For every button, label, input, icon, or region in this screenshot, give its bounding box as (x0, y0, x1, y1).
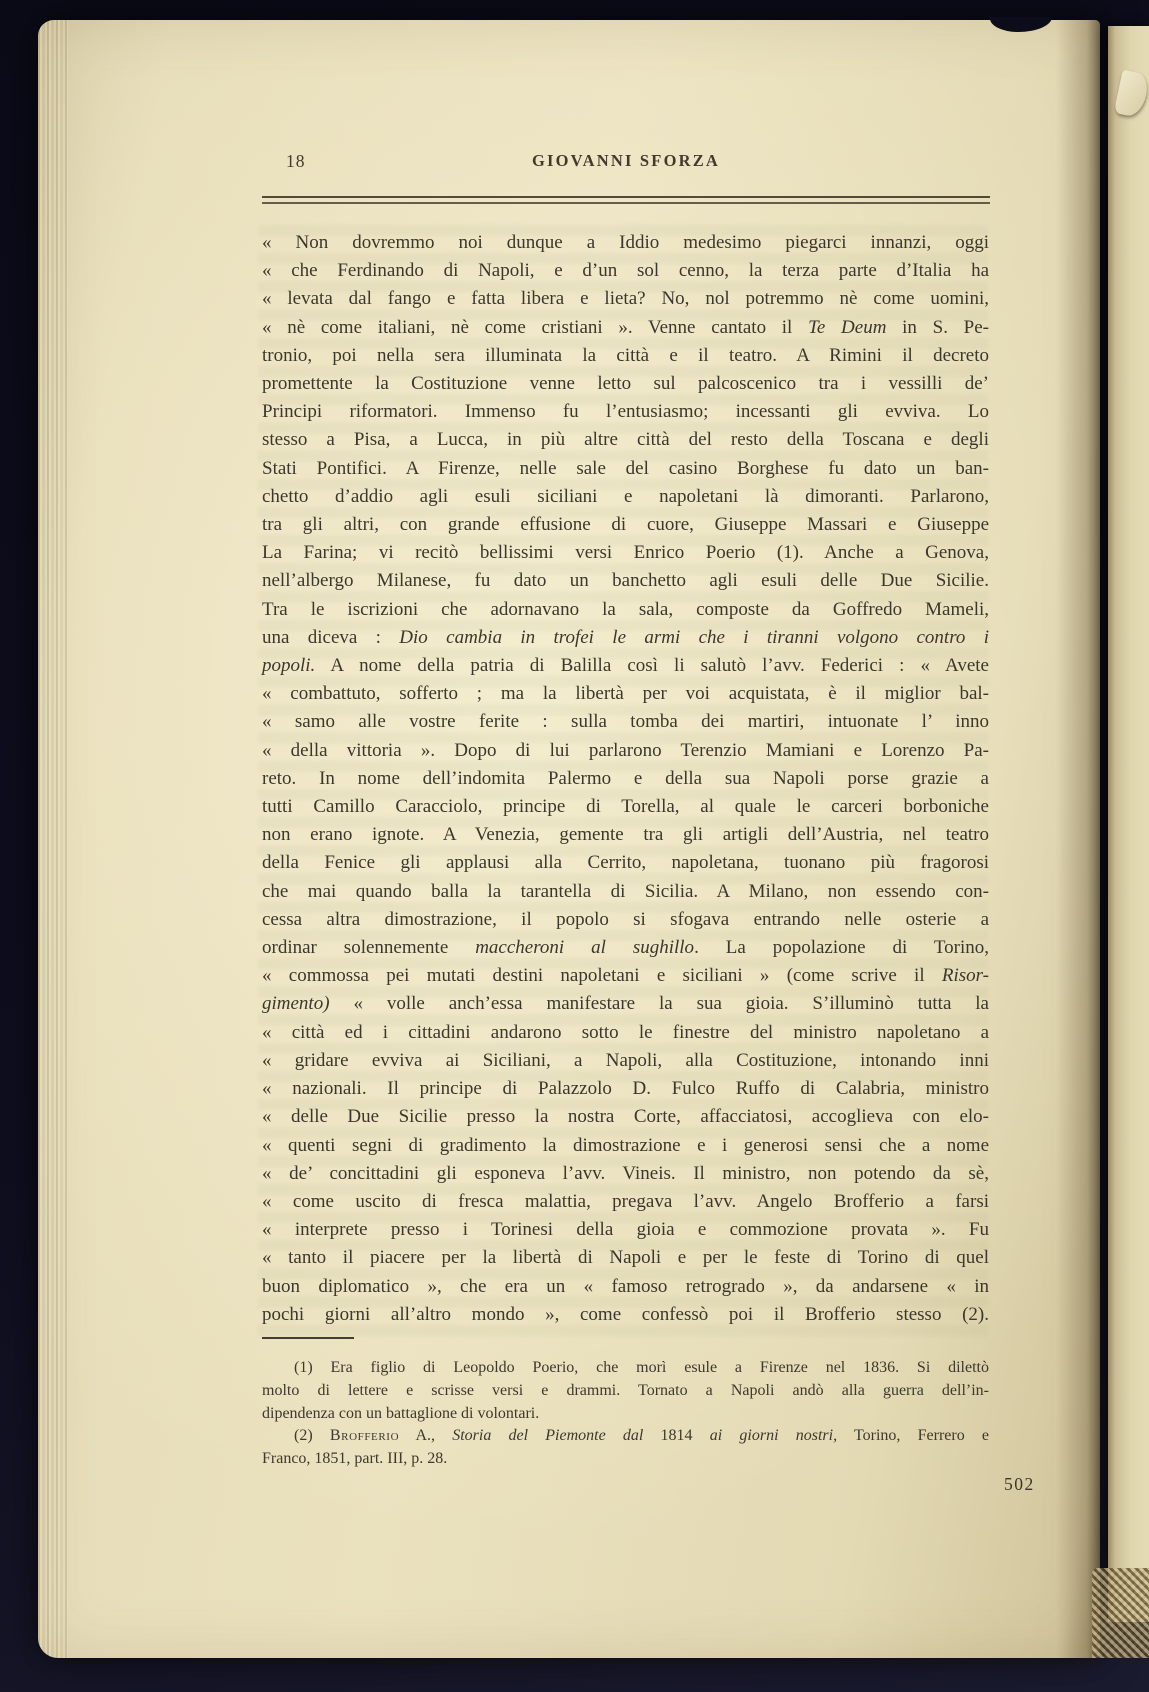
text-line: Principi riformatori. Immenso fu l’entus… (262, 398, 989, 426)
text-line: « samo alle vostre ferite : sulla tomba … (262, 708, 989, 736)
text-line: La Farina; vi recitò bellissimi versi En… (262, 539, 989, 567)
text-line: (2) Brofferio A., Storia del Piemonte da… (262, 1425, 989, 1448)
text-line: « nazionali. Il principe di Palazzolo D.… (262, 1075, 989, 1103)
text-line: gimento) « volle anch’essa manifestare l… (262, 990, 989, 1018)
text-line: « Non dovremmo noi dunque a Iddio medesi… (262, 229, 989, 257)
binding-cloth-texture (1092, 1568, 1149, 1658)
adjacent-page-sliver (1108, 26, 1149, 1622)
text-line: (1) Era figlio di Leopoldo Poerio, che m… (262, 1357, 989, 1380)
text-line: « gridare evviva ai Siciliani, a Napoli,… (262, 1047, 989, 1075)
text-line: « commossa pei mutati destini napoletani… (262, 962, 989, 990)
text-line: « levata dal fango e fatta libera e liet… (262, 285, 989, 313)
text-line: Tra le iscrizioni che adornavano la sala… (262, 596, 989, 624)
text-line: chetto d’addio agli esuli siciliani e na… (262, 483, 989, 511)
text-line: « come uscito di fresca malattia, pregav… (262, 1188, 989, 1216)
text-line: Stati Pontifici. A Firenze, nelle sale d… (262, 455, 989, 483)
text-line: una diceva : Dio cambia in trofei le arm… (262, 624, 989, 652)
text-line: tra gli altri, con grande effusione di c… (262, 511, 989, 539)
text-line: molto di lettere e scrisse versi e dramm… (262, 1380, 989, 1403)
text-line: ordinar solennemente maccheroni al sughi… (262, 934, 989, 962)
text-line: « combattuto, sofferto ; ma la libertà p… (262, 680, 989, 708)
text-line: « de’ concittadini gli esponeva l’avv. V… (262, 1160, 989, 1188)
footnote-separator-rule (262, 1337, 354, 1339)
running-title: GIOVANNI SFORZA (262, 151, 990, 171)
torn-top-edge (990, 17, 1052, 32)
gutter-shadow (1056, 20, 1100, 1658)
book-page: 18 GIOVANNI SFORZA « Non dovremmo noi du… (38, 20, 1100, 1658)
footnotes: (1) Era figlio di Leopoldo Poerio, che m… (262, 1357, 989, 1471)
text-line: reto. In nome dell’indomita Palermo e de… (262, 765, 989, 793)
text-line: che mai quando balla la tarantella di Si… (262, 878, 989, 906)
text-line: « interprete presso i Torinesi della gio… (262, 1216, 989, 1244)
text-line: Franco, 1851, part. III, p. 28. (262, 1448, 989, 1471)
text-line: nell’albergo Milanese, fu dato un banche… (262, 567, 989, 595)
body-text: « Non dovremmo noi dunque a Iddio medesi… (262, 229, 989, 1329)
text-line: « nè come italiani, nè come cristiani ».… (262, 314, 989, 342)
text-line: tronio, poi nella sera illuminata la cit… (262, 342, 989, 370)
text-line: della Fenice gli applausi alla Cerrito, … (262, 849, 989, 877)
photo-background: { "colors": { "background": "#0d0d1c", "… (0, 0, 1149, 1692)
text-line: « delle Due Sicilie presso la nostra Cor… (262, 1103, 989, 1131)
text-line: non erano ignote. A Venezia, gemente tra… (262, 821, 989, 849)
text-line: « che Ferdinando di Napoli, e d’un sol c… (262, 257, 989, 285)
text-line: « quenti segni di gradimento la dimostra… (262, 1132, 989, 1160)
text-line: stesso a Pisa, a Lucca, in più altre cit… (262, 426, 989, 454)
text-line: popoli. A nome della patria di Balilla c… (262, 652, 989, 680)
text-line: pochi giorni all’altro mondo », come con… (262, 1301, 989, 1329)
page-stack-edge (38, 20, 68, 1658)
text-line: tutti Camillo Caracciolo, principe di To… (262, 793, 989, 821)
text-line: « tanto il piacere per la libertà di Nap… (262, 1244, 989, 1272)
text-line: cessa altra dimostrazione, il popolo si … (262, 906, 989, 934)
text-line: « città ed i cittadini andarono sotto le… (262, 1019, 989, 1047)
text-line: promettente la Costituzione venne letto … (262, 370, 989, 398)
page-header: 18 GIOVANNI SFORZA (262, 151, 990, 177)
header-double-rule (262, 196, 990, 204)
text-line: « della vittoria ». Dopo di lui parlaron… (262, 737, 989, 765)
text-line: dipendenza con un battaglione di volonta… (262, 1403, 989, 1426)
text-line: buon diplomatico », che era un « famoso … (262, 1273, 989, 1301)
